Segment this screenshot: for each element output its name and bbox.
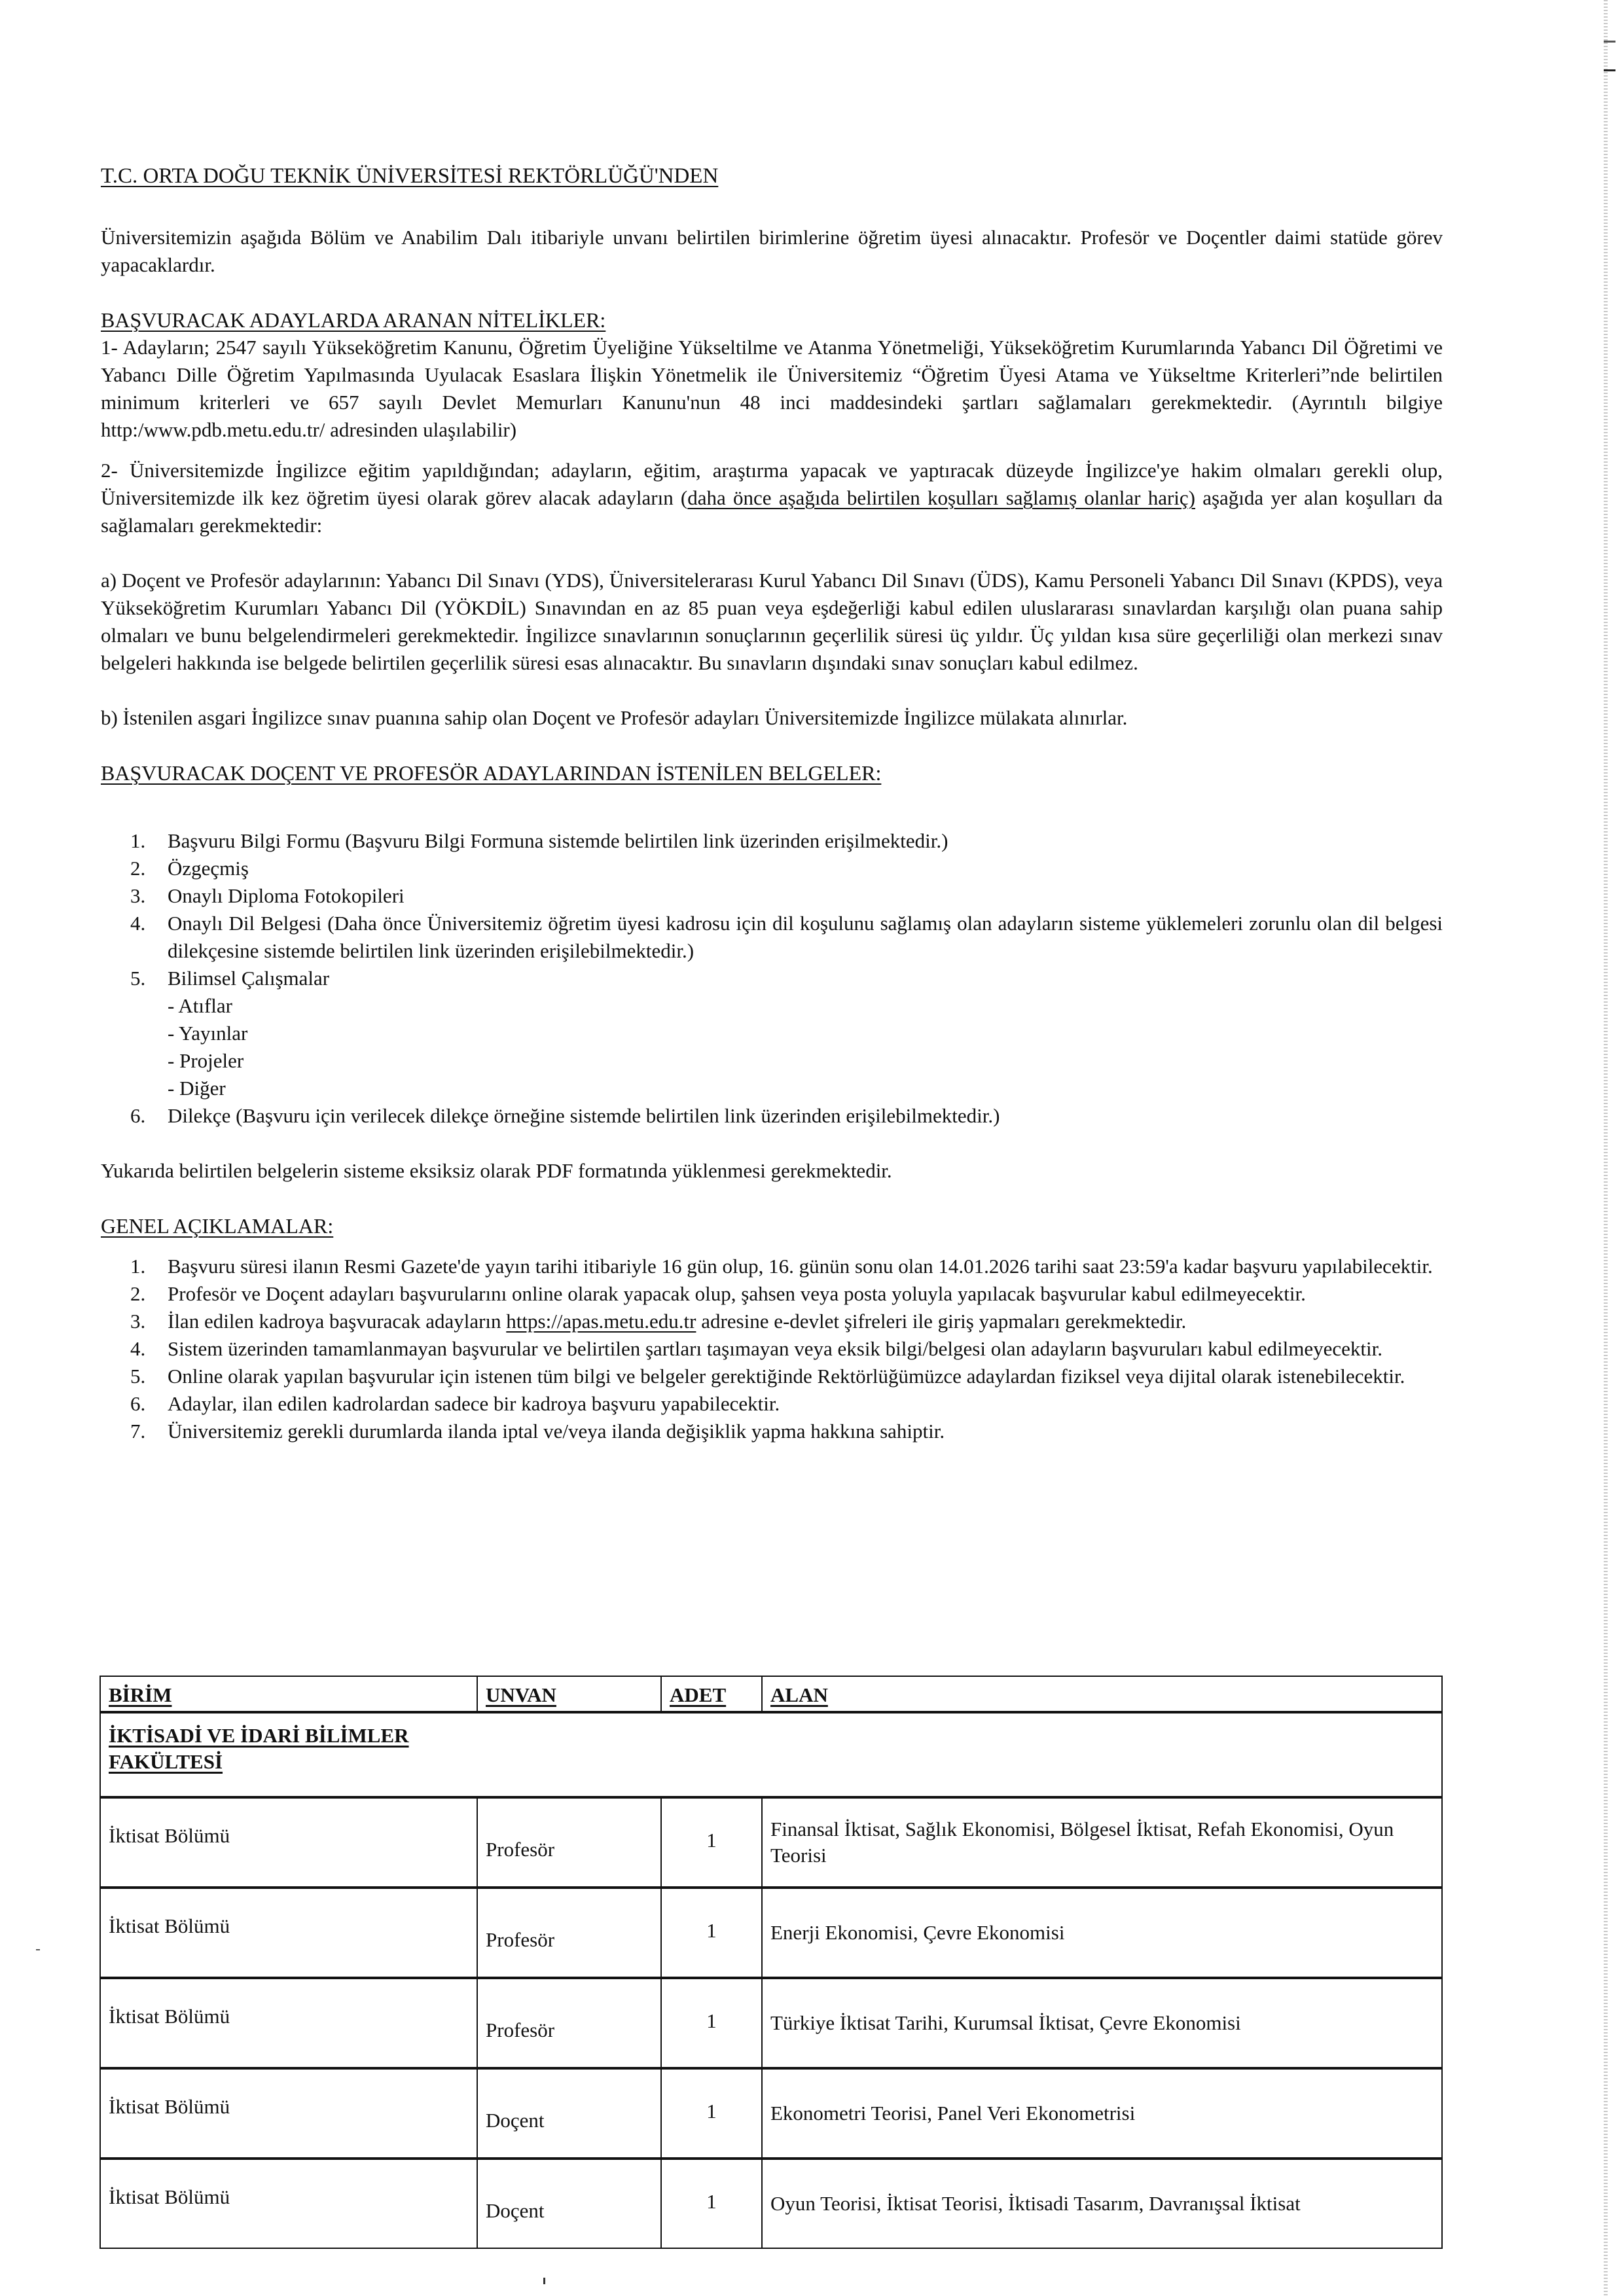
documents-heading: BAŞVURACAK DOÇENT VE PROFESÖR ADAYLARIND… <box>101 759 1443 787</box>
table-row: İktisat Bölümü Profesör 1 Finansal İktis… <box>100 1797 1442 1888</box>
header-adet: ADET <box>661 1676 762 1712</box>
table-row: İktisat Bölümü Doçent 1 Oyun Teorisi, İk… <box>100 2159 1442 2248</box>
table-row: İktisat Bölümü Profesör 1 Enerji Ekonomi… <box>100 1888 1442 1978</box>
list-item: 1.Başvuru süresi ilanın Resmi Gazete'de … <box>101 1253 1443 1280</box>
list-item: 7.Üniversitemiz gerekli durumlarda iland… <box>101 1418 1443 1445</box>
scan-speck <box>543 2278 545 2284</box>
documents-note: Yukarıda belirtilen belgelerin sisteme e… <box>101 1157 1443 1185</box>
list-item: 3.İlan edilen kadroya başvuracak adaylar… <box>101 1308 1443 1335</box>
scan-edge-artifact <box>1604 0 1608 2296</box>
faculty-name: İKTİSADİ VE İDARİ BİLİMLER FAKÜLTESİ <box>100 1712 1442 1797</box>
page-title: T.C. ORTA DOĞU TEKNİK ÜNİVERSİTESİ REKTÖ… <box>101 162 1443 190</box>
positions-table: BİRİM UNVAN ADET ALAN İKTİSADİ VE İDARİ … <box>99 1676 1443 2249</box>
header-alan: ALAN <box>762 1676 1442 1712</box>
intro-paragraph: Üniversitemizin aşağıda Bölüm ve Anabili… <box>101 224 1443 279</box>
list-item: 1.Başvuru Bilgi Formu (Başvuru Bilgi For… <box>101 827 1443 855</box>
list-item: 3.Onaylı Diploma Fotokopileri <box>101 882 1443 910</box>
qualification-item-1: 1- Adayların; 2547 sayılı Yükseköğretim … <box>101 334 1443 444</box>
list-item: 6.Adaylar, ilan edilen kadrolardan sadec… <box>101 1390 1443 1418</box>
scan-mark <box>1604 41 1615 43</box>
documents-list: 1.Başvuru Bilgi Formu (Başvuru Bilgi For… <box>101 827 1443 1130</box>
qualification-item-b: b) İstenilen asgari İngilizce sınav puan… <box>101 704 1443 732</box>
table-row: İktisat Bölümü Doçent 1 Ekonometri Teori… <box>100 2068 1442 2159</box>
sub-item: - Diğer <box>168 1075 1443 1102</box>
table-row: İktisat Bölümü Profesör 1 Türkiye İktisa… <box>100 1978 1442 2068</box>
list-item: 6.Dilekçe (Başvuru için verilecek dilekç… <box>101 1102 1443 1130</box>
sub-item: - Yayınlar <box>168 1020 1443 1047</box>
general-heading: GENEL AÇIKLAMALAR: <box>101 1212 1443 1240</box>
list-item: 2.Profesör ve Doçent adayları başvurular… <box>101 1280 1443 1308</box>
apas-link[interactable]: https://apas.metu.edu.tr <box>506 1310 696 1333</box>
table-header-row: BİRİM UNVAN ADET ALAN <box>100 1676 1442 1712</box>
general-list: 1.Başvuru süresi ilanın Resmi Gazete'de … <box>101 1253 1443 1445</box>
list-item: 5.Bilimsel Çalışmalar - Atıflar - Yayınl… <box>101 965 1443 1102</box>
scan-mark <box>1604 69 1615 71</box>
list-item: 2.Özgeçmiş <box>101 855 1443 882</box>
list-item: 4.Onaylı Dil Belgesi (Daha önce Üniversi… <box>101 910 1443 965</box>
sub-item: - Atıflar <box>168 992 1443 1020</box>
qualifications-heading: BAŞVURACAK ADAYLARDA ARANAN NİTELİKLER: <box>101 306 1443 334</box>
qualification-item-a: a) Doçent ve Profesör adaylarının: Yaban… <box>101 567 1443 677</box>
sub-item: - Projeler <box>168 1047 1443 1075</box>
list-item: 5.Online olarak yapılan başvurular için … <box>101 1363 1443 1390</box>
header-unvan: UNVAN <box>477 1676 661 1712</box>
header-birim: BİRİM <box>100 1676 477 1712</box>
announcement-page: T.C. ORTA DOĞU TEKNİK ÜNİVERSİTESİ REKTÖ… <box>101 162 1443 1445</box>
scan-speck <box>36 1949 40 1950</box>
qualification-item-2: 2- Üniversitemizde İngilizce eğitim yapı… <box>101 457 1443 539</box>
faculty-group-row: İKTİSADİ VE İDARİ BİLİMLER FAKÜLTESİ <box>100 1712 1442 1797</box>
exception-clause: daha önce aşağıda belirtilen koşulları s… <box>687 486 1195 509</box>
list-item: 4.Sistem üzerinden tamamlanmayan başvuru… <box>101 1335 1443 1363</box>
